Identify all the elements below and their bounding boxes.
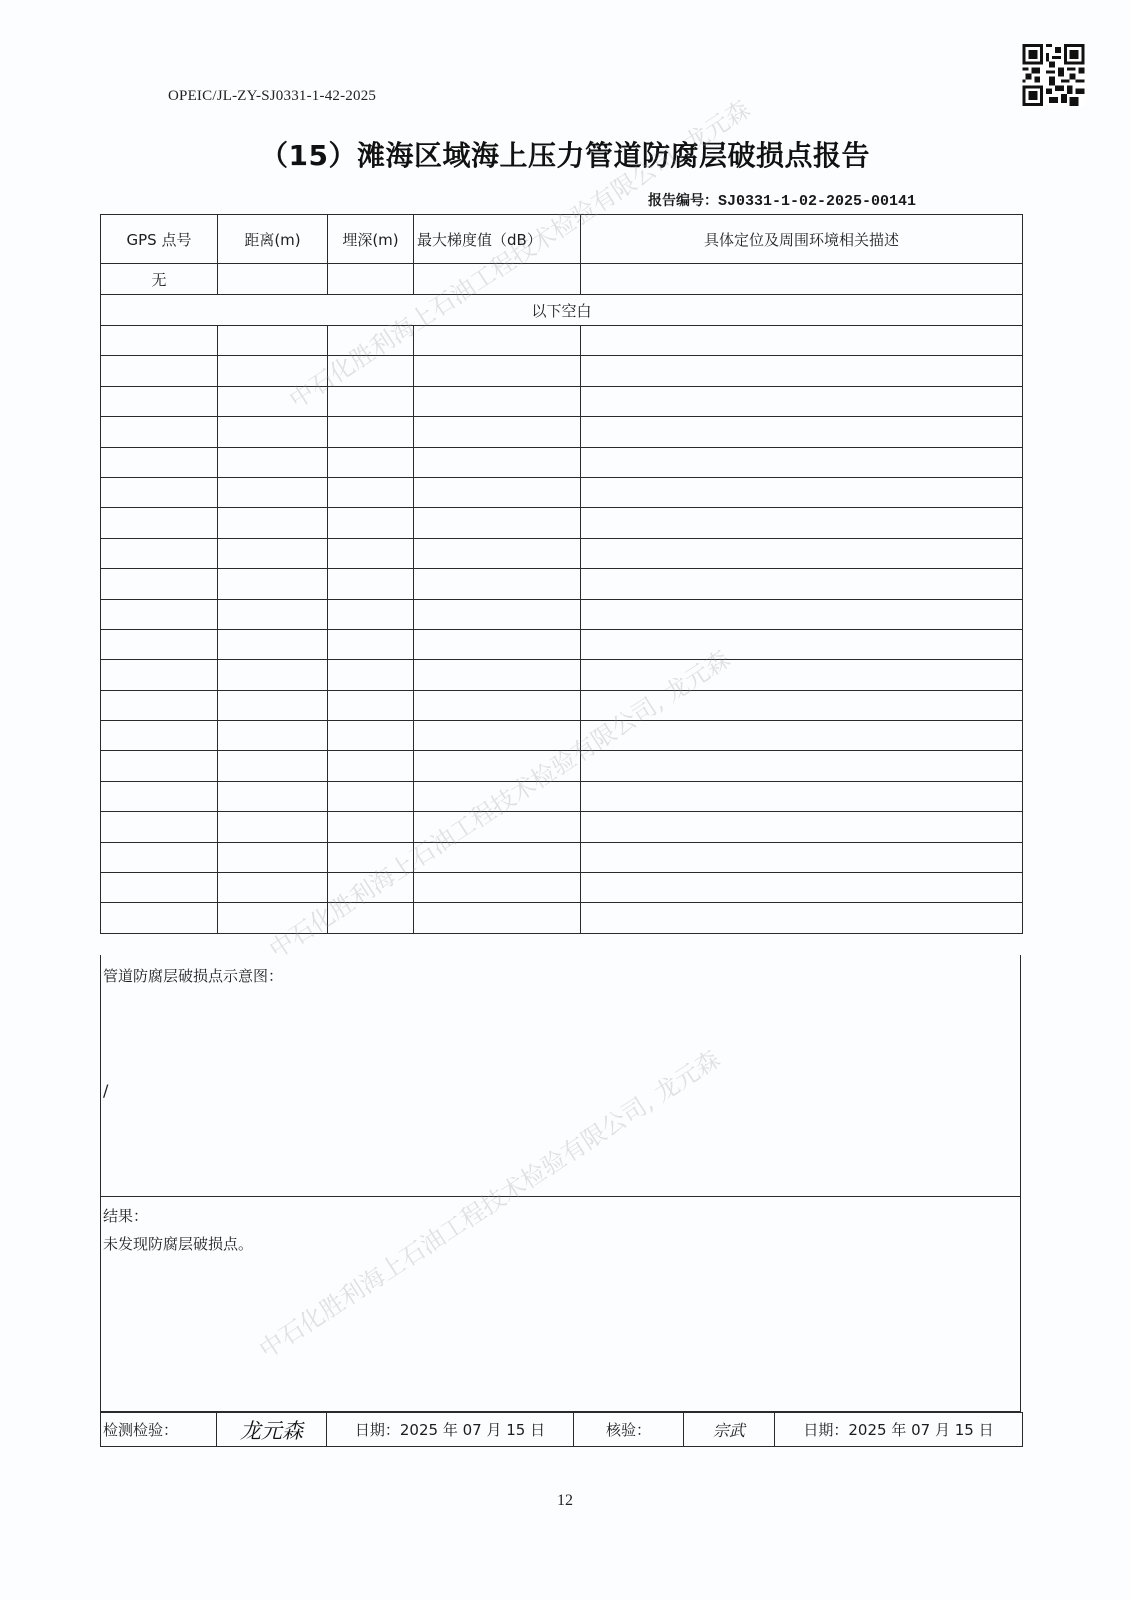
empty-cell [328, 326, 414, 356]
empty-cell [581, 477, 1023, 507]
empty-cell [101, 660, 218, 690]
empty-cell [581, 417, 1023, 447]
empty-cell [414, 386, 581, 416]
header-max-gradient: 最大梯度值（dB） [414, 215, 581, 264]
table-row [101, 629, 1023, 659]
empty-cell [328, 781, 414, 811]
table-row [101, 386, 1023, 416]
table-row [101, 447, 1023, 477]
empty-cell [101, 356, 218, 386]
blank-marker-row: 以下空白 [101, 295, 1023, 326]
empty-cell [218, 873, 328, 903]
empty-cell [218, 903, 328, 933]
reviewer-date: 日期：2025 年 07 月 15 日 [775, 1413, 1023, 1447]
empty-cell [218, 417, 328, 447]
empty-cell [101, 447, 218, 477]
report-number-label: 报告编号： [648, 193, 718, 209]
empty-cell [414, 903, 581, 933]
empty-cell [581, 386, 1023, 416]
empty-cell [414, 356, 581, 386]
qr-code-icon [1022, 44, 1085, 106]
empty-cell [218, 326, 328, 356]
empty-cell [581, 721, 1023, 751]
empty-cell [414, 326, 581, 356]
empty-rows [101, 326, 1023, 934]
empty-cell [328, 477, 414, 507]
empty-cell [101, 569, 218, 599]
page-number: 12 [0, 1492, 1130, 1510]
empty-cell [414, 447, 581, 477]
inspector-signature: 龙元森 [217, 1413, 327, 1447]
empty-cell [218, 599, 328, 629]
table-row [101, 356, 1023, 386]
empty-cell [328, 842, 414, 872]
empty-cell [414, 781, 581, 811]
empty-cell [218, 538, 328, 568]
empty-cell [101, 690, 218, 720]
empty-cell [414, 751, 581, 781]
table-row [101, 326, 1023, 356]
empty-cell [581, 751, 1023, 781]
empty-cell [101, 477, 218, 507]
empty-cell [581, 690, 1023, 720]
empty-cell [414, 477, 581, 507]
empty-cell [101, 873, 218, 903]
report-title: （15）滩海区域海上压力管道防腐层破损点报告 [0, 134, 1130, 174]
empty-cell [414, 721, 581, 751]
empty-cell [414, 812, 581, 842]
empty-cell [581, 569, 1023, 599]
empty-cell [581, 356, 1023, 386]
diagram-label: 管道防腐层破损点示意图： [103, 965, 283, 986]
empty-cell [328, 660, 414, 690]
table-row [101, 508, 1023, 538]
cell-location-description [581, 264, 1023, 295]
empty-cell [218, 477, 328, 507]
table-row: 无 [101, 264, 1023, 295]
table-row [101, 812, 1023, 842]
empty-cell [581, 599, 1023, 629]
empty-cell [414, 690, 581, 720]
empty-cell [328, 812, 414, 842]
empty-cell [581, 629, 1023, 659]
table-row [101, 873, 1023, 903]
empty-cell [328, 873, 414, 903]
empty-cell [101, 903, 218, 933]
header-distance: 距离(m) [218, 215, 328, 264]
empty-cell [218, 781, 328, 811]
empty-cell [218, 508, 328, 538]
blank-marker: 以下空白 [101, 295, 1023, 326]
table-row [101, 903, 1023, 933]
empty-cell [414, 873, 581, 903]
empty-cell [328, 447, 414, 477]
empty-cell [414, 629, 581, 659]
empty-cell [218, 386, 328, 416]
empty-cell [328, 508, 414, 538]
empty-cell [101, 386, 218, 416]
inspector-date: 日期：2025 年 07 月 15 日 [327, 1413, 574, 1447]
empty-cell [581, 447, 1023, 477]
header-gps-point: GPS 点号 [101, 215, 218, 264]
empty-cell [414, 842, 581, 872]
empty-cell [101, 721, 218, 751]
empty-cell [581, 781, 1023, 811]
empty-cell [218, 812, 328, 842]
empty-cell [218, 751, 328, 781]
empty-cell [581, 326, 1023, 356]
empty-cell [414, 508, 581, 538]
empty-cell [581, 842, 1023, 872]
table-row [101, 417, 1023, 447]
empty-cell [414, 417, 581, 447]
empty-cell [218, 356, 328, 386]
empty-cell [328, 721, 414, 751]
empty-cell [328, 629, 414, 659]
table-row [101, 690, 1023, 720]
empty-cell [581, 903, 1023, 933]
empty-cell [328, 751, 414, 781]
empty-cell [328, 386, 414, 416]
table-row [101, 842, 1023, 872]
empty-cell [101, 842, 218, 872]
empty-cell [101, 751, 218, 781]
table-row [101, 751, 1023, 781]
table-row [101, 781, 1023, 811]
cell-depth [328, 264, 414, 295]
cell-distance [218, 264, 328, 295]
table-row [101, 599, 1023, 629]
empty-cell [328, 356, 414, 386]
empty-cell [328, 569, 414, 599]
empty-cell [218, 447, 328, 477]
empty-cell [414, 569, 581, 599]
table-row [101, 569, 1023, 599]
empty-cell [218, 660, 328, 690]
diagram-section: 管道防腐层破损点示意图： / [100, 955, 1021, 1197]
reviewer-label: 核验： [574, 1413, 684, 1447]
document-code: OPEIC/JL-ZY-SJ0331-1-42-2025 [168, 88, 376, 105]
header-location-description: 具体定位及周围环境相关描述 [581, 215, 1023, 264]
empty-cell [581, 508, 1023, 538]
empty-cell [101, 417, 218, 447]
cell-max-gradient [414, 264, 581, 295]
empty-cell [101, 599, 218, 629]
report-number-value: SJ0331-1-02-2025-00141 [718, 193, 916, 210]
reviewer-signature: 宗武 [684, 1413, 775, 1447]
empty-cell [101, 326, 218, 356]
empty-cell [218, 690, 328, 720]
signoff-row: 检测检验： 龙元森 日期：2025 年 07 月 15 日 核验： 宗武 日期：… [100, 1412, 1022, 1447]
table-header-row: GPS 点号 距离(m) 埋深(m) 最大梯度值（dB） 具体定位及周围环境相关… [101, 215, 1023, 264]
report-number: 报告编号：SJ0331-1-02-2025-00141 [648, 190, 916, 210]
diagram-content: / [103, 1081, 108, 1100]
empty-cell [581, 538, 1023, 568]
empty-cell [581, 812, 1023, 842]
empty-cell [328, 417, 414, 447]
empty-cell [328, 538, 414, 568]
empty-cell [218, 842, 328, 872]
empty-cell [218, 629, 328, 659]
result-label: 结果： [103, 1205, 148, 1226]
table-row [101, 660, 1023, 690]
empty-cell [581, 660, 1023, 690]
empty-cell [414, 660, 581, 690]
empty-cell [414, 599, 581, 629]
empty-cell [218, 721, 328, 751]
table-row [101, 477, 1023, 507]
table-row [101, 721, 1023, 751]
result-text: 未发现防腐层破损点。 [103, 1233, 253, 1254]
empty-cell [218, 569, 328, 599]
empty-cell [101, 538, 218, 568]
inspector-label: 检测检验： [101, 1413, 217, 1447]
empty-cell [101, 812, 218, 842]
empty-cell [101, 508, 218, 538]
empty-cell [328, 599, 414, 629]
cell-gps-point: 无 [101, 264, 218, 295]
empty-cell [581, 873, 1023, 903]
header-depth: 埋深(m) [328, 215, 414, 264]
empty-cell [101, 781, 218, 811]
defect-table: GPS 点号 距离(m) 埋深(m) 最大梯度值（dB） 具体定位及周围环境相关… [100, 214, 1022, 934]
empty-cell [414, 538, 581, 568]
table-row [101, 538, 1023, 568]
result-section: 结果： 未发现防腐层破损点。 [100, 1197, 1021, 1412]
empty-cell [328, 690, 414, 720]
empty-cell [101, 629, 218, 659]
empty-cell [328, 903, 414, 933]
